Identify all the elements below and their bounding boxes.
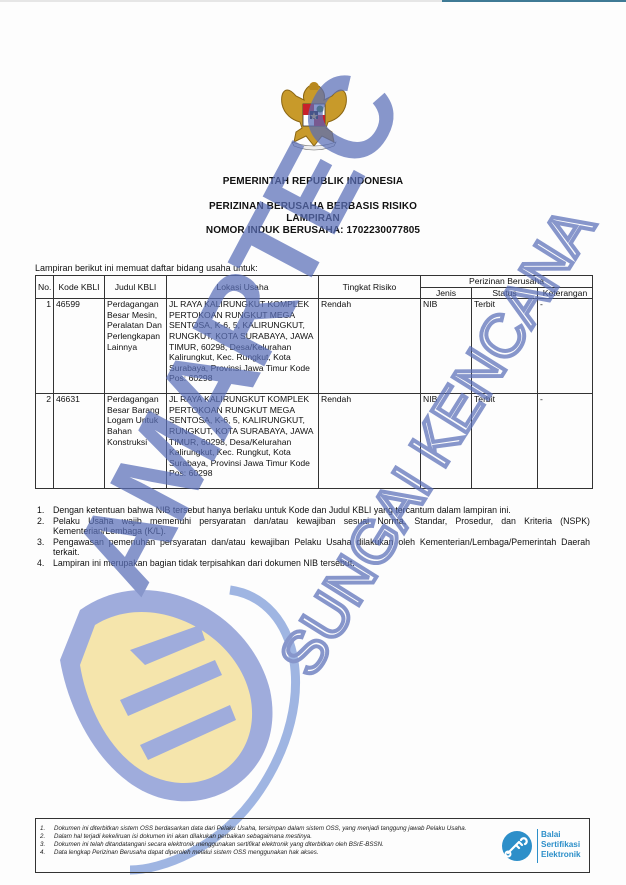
cell-lokasi-usaha: JL RAYA KALIRUNGKUT KOMPLEK PERTOKOAN RU… [167, 299, 319, 394]
header-jenis: Jenis [421, 287, 472, 299]
table-row: 1 46599 Perdagangan Besar Mesin, Peralat… [36, 299, 593, 394]
header-kode-kbli: Kode KBLI [54, 276, 105, 299]
header-keterangan: Keterangan [538, 287, 593, 299]
cell-no: 1 [36, 299, 54, 394]
list-item: 4.Data lengkap Perizinan Berusaha dapat … [40, 849, 490, 857]
cell-jenis: NIB [421, 394, 472, 489]
header-perizinan-berusaha: Perizinan Berusaha [421, 276, 593, 288]
footer-notes-list: 1.Dokumen ini diterbitkan sistem OSS ber… [40, 825, 490, 857]
garuda-emblem-icon [276, 76, 352, 154]
cell-no: 2 [36, 394, 54, 489]
cell-lokasi-usaha: JL RAYA KALIRUNGKUT KOMPLEK PERTOKOAN RU… [167, 394, 319, 489]
header-status: Status [472, 287, 538, 299]
nib-number: NOMOR INDUK BERUSAHA: 1702230077805 [0, 225, 626, 236]
bsre-divider [537, 829, 538, 863]
header-tingkat-risiko: Tingkat Risiko [319, 276, 421, 299]
cell-kode-kbli: 46631 [54, 394, 105, 489]
intro-text: Lampiran berikut ini memuat daftar bidan… [35, 263, 258, 273]
list-item: 1.Dengan ketentuan bahwa NIB tersebut ha… [35, 505, 590, 516]
bsre-key-icon [501, 830, 533, 862]
cell-tingkat-risiko: Rendah [319, 299, 421, 394]
top-accent-bar [442, 0, 626, 2]
list-item: 3.Dokumen ini telah ditandatangani secar… [40, 841, 490, 849]
list-item: 4.Lampiran ini merupakan bagian tidak te… [35, 558, 590, 569]
table-row: 2 46631 Perdagangan Besar Barang Logam U… [36, 394, 593, 489]
list-item: 3.Pengawasan pemenuhan persyaratan dan/a… [35, 537, 590, 558]
list-item: 2.Dalam hal terjadi kekeliruan isi dokum… [40, 833, 490, 841]
cell-judul-kbli: Perdagangan Besar Mesin, Peralatan Dan P… [105, 299, 167, 394]
cell-judul-kbli: Perdagangan Besar Barang Logam Untuk Bah… [105, 394, 167, 489]
kbli-table: No. Kode KBLI Judul KBLI Lokasi Usaha Ti… [35, 275, 593, 489]
document-subtitle: LAMPIRAN [0, 213, 626, 224]
cell-kode-kbli: 46599 [54, 299, 105, 394]
cell-keterangan: - [538, 394, 593, 489]
terms-list: 1.Dengan ketentuan bahwa NIB tersebut ha… [35, 505, 590, 569]
header-no: No. [36, 276, 54, 299]
top-border [0, 0, 442, 2]
header-judul-kbli: Judul KBLI [105, 276, 167, 299]
bsre-logo: Balai Sertifikasi Elektronik [501, 828, 589, 864]
cell-tingkat-risiko: Rendah [319, 394, 421, 489]
cell-status: Terbit [472, 394, 538, 489]
list-item: 2.Pelaku Usaha wajib memenuhi persyarata… [35, 516, 590, 537]
list-item: 1.Dokumen ini diterbitkan sistem OSS ber… [40, 825, 490, 833]
cell-status: Terbit [472, 299, 538, 394]
footer-disclaimer: 1.Dokumen ini diterbitkan sistem OSS ber… [35, 818, 590, 873]
watermark-logo-icon [60, 590, 272, 801]
government-title: PEMERINTAH REPUBLIK INDONESIA [0, 176, 626, 187]
bsre-text: Balai Sertifikasi Elektronik [541, 830, 581, 860]
header-lokasi-usaha: Lokasi Usaha [167, 276, 319, 299]
cell-keterangan: - [538, 299, 593, 394]
cell-jenis: NIB [421, 299, 472, 394]
document-title: PERIZINAN BERUSAHA BERBASIS RISIKO [0, 201, 626, 212]
